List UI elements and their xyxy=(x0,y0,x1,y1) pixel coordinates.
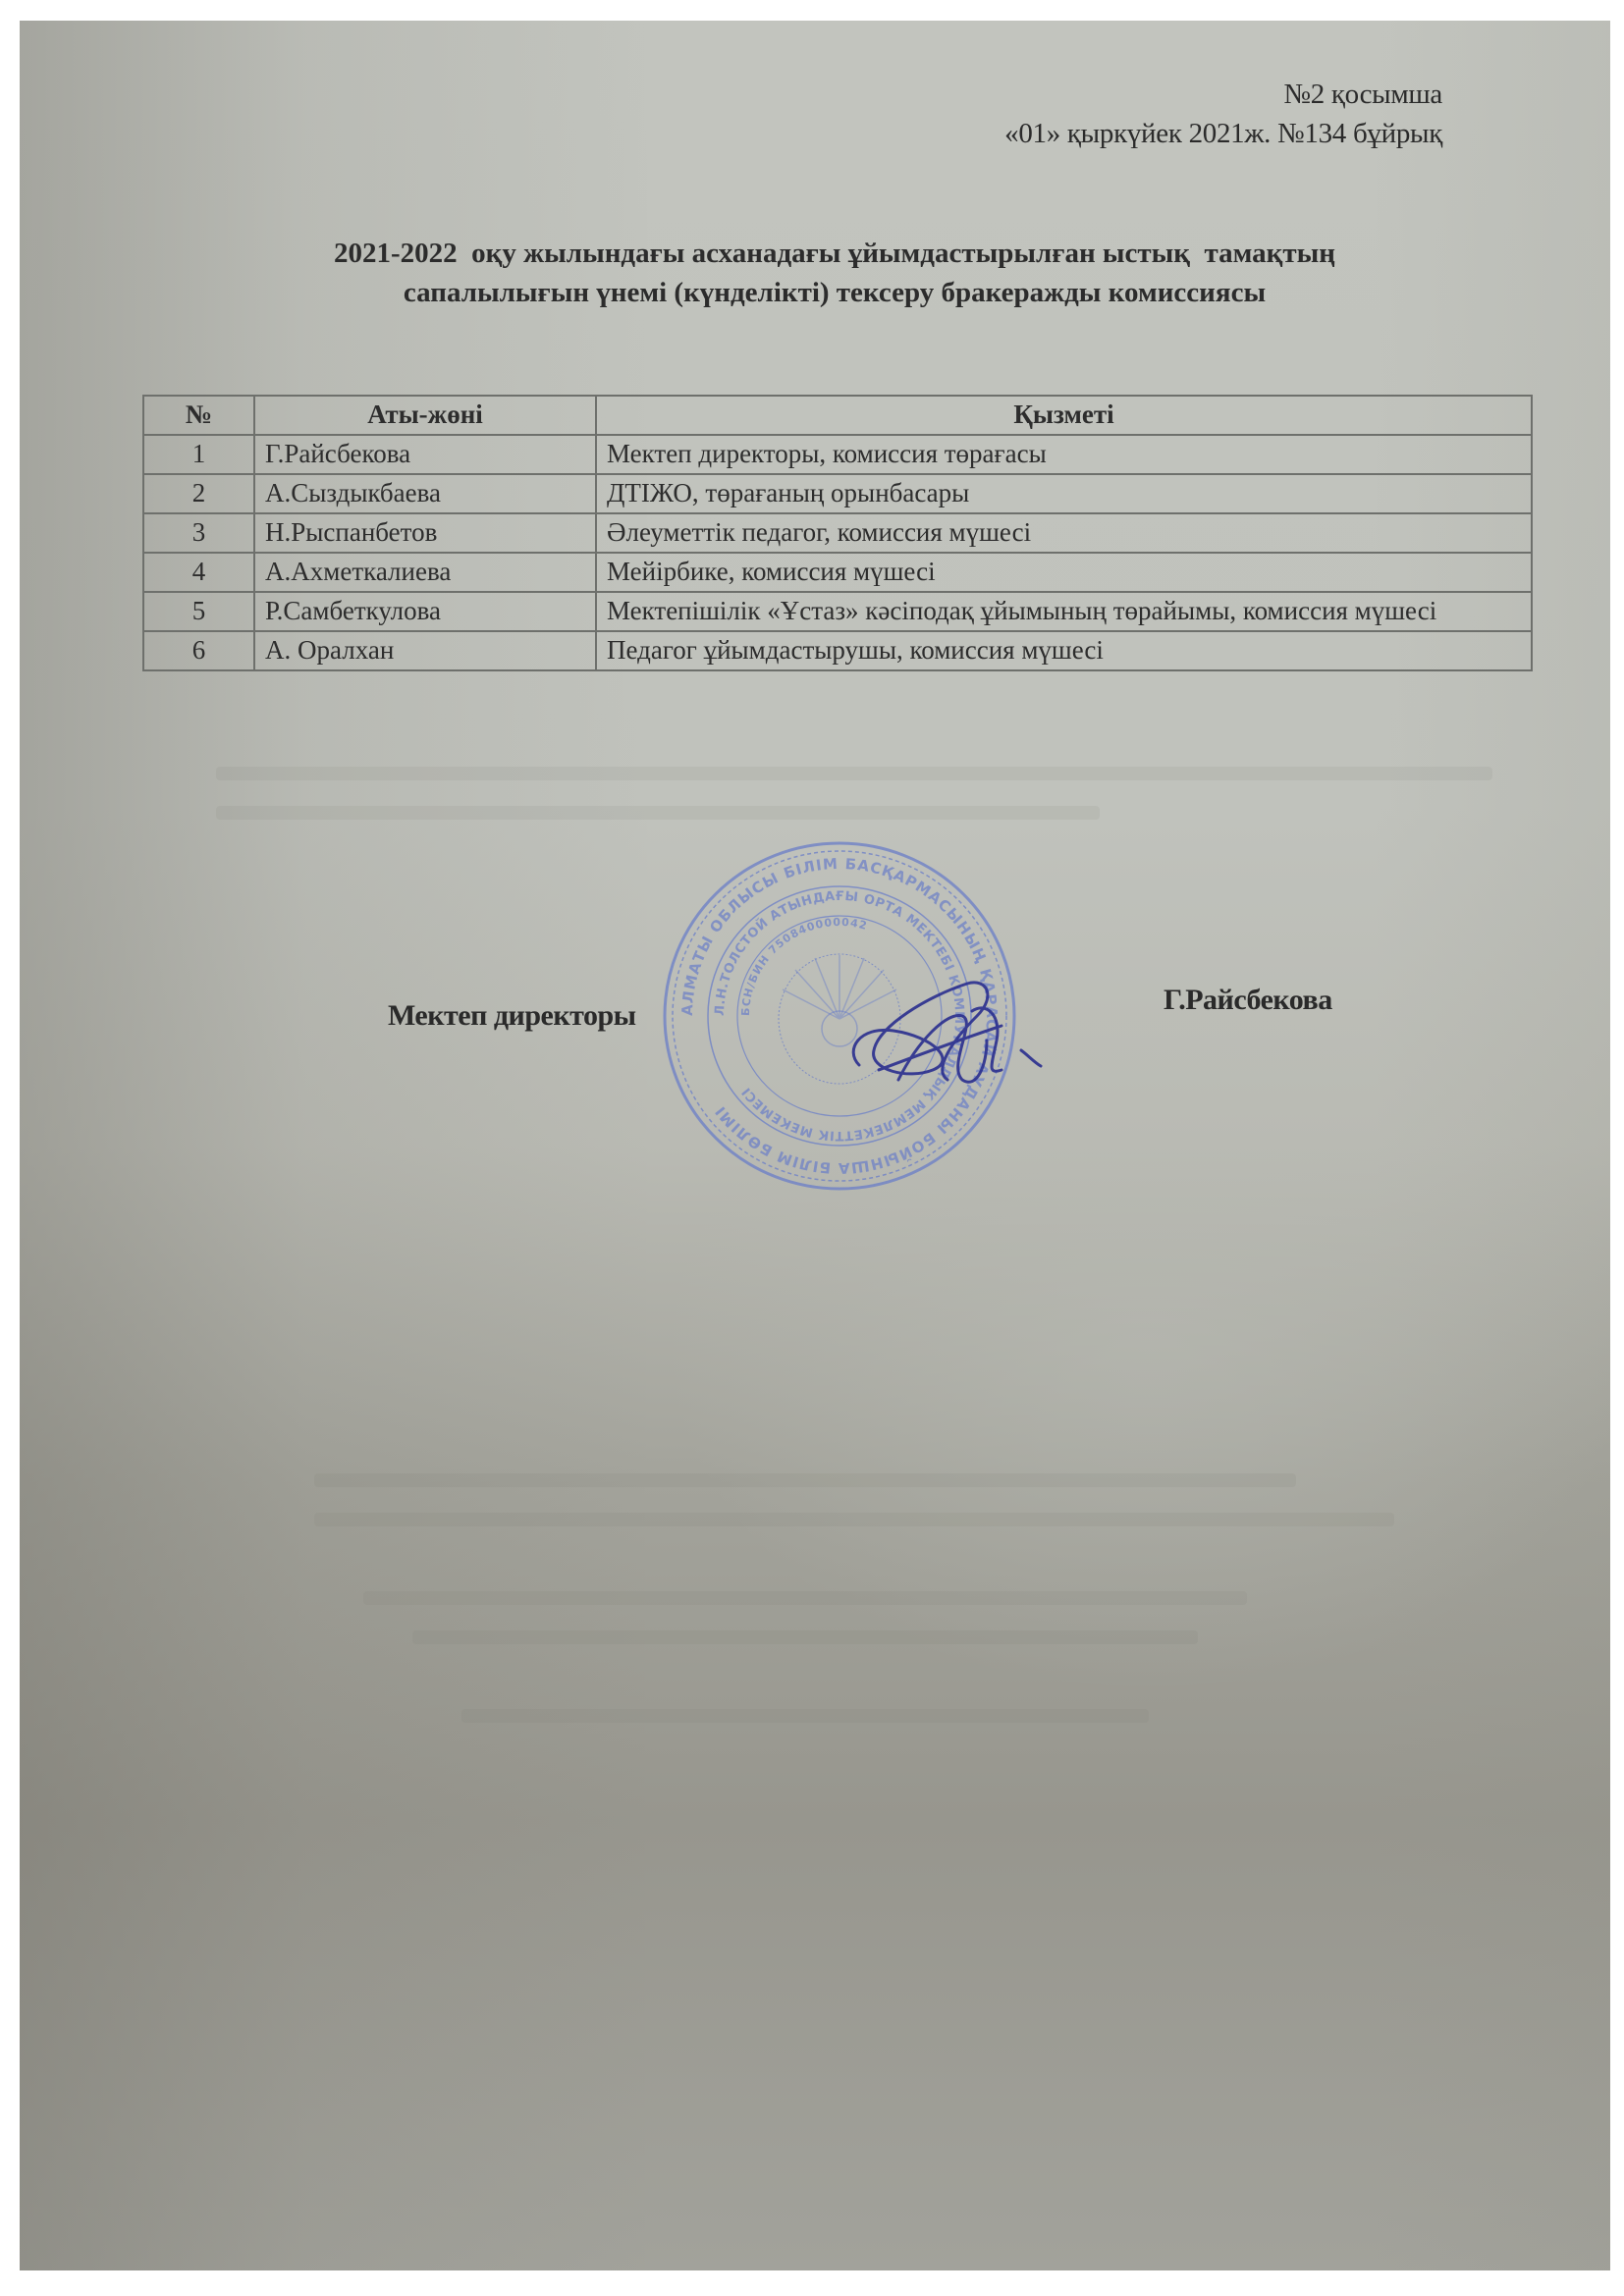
handwritten-signature-icon xyxy=(839,972,1056,1099)
member-position: Мектеп директоры, комиссия төрағасы xyxy=(596,435,1532,474)
row-number: 6 xyxy=(143,631,254,670)
member-name: А.Ахметкалиева xyxy=(254,553,596,592)
member-name: Н.Рыспанбетов xyxy=(254,513,596,553)
signatory-position: Мектеп директоры xyxy=(388,999,636,1033)
document-title-line-2: сапалылығын үнемі (күнделікті) тексеру б… xyxy=(196,273,1473,312)
row-number: 5 xyxy=(143,592,254,631)
table-row: 3 Н.Рыспанбетов Әлеуметтік педагог, коми… xyxy=(143,513,1532,553)
bleed-through-text xyxy=(314,1473,1296,1487)
member-position: Педагог ұйымдастырушы, комиссия мүшесі xyxy=(596,631,1532,670)
member-position: ДТІЖО, төрағаның орынбасары xyxy=(596,474,1532,513)
column-header-number: № xyxy=(143,396,254,435)
member-name: А.Сыздыкбаева xyxy=(254,474,596,513)
column-header-position: Қызметі xyxy=(596,396,1532,435)
row-number: 1 xyxy=(143,435,254,474)
member-name: Г.Райсбекова xyxy=(254,435,596,474)
bleed-through-text xyxy=(216,767,1492,780)
bleed-through-text xyxy=(461,1709,1149,1723)
table-row: 2 А.Сыздыкбаева ДТІЖО, төрағаның орынбас… xyxy=(143,474,1532,513)
member-position: Мектепішілік «Ұстаз» кәсіподақ ұйымының … xyxy=(596,592,1532,631)
table-row: 5 Р.Самбеткулова Мектепішілік «Ұстаз» кә… xyxy=(143,592,1532,631)
row-number: 3 xyxy=(143,513,254,553)
row-number: 2 xyxy=(143,474,254,513)
member-position: Әлеуметтік педагог, комиссия мүшесі xyxy=(596,513,1532,553)
bleed-through-text xyxy=(314,1513,1394,1526)
table-row: 6 А. Оралхан Педагог ұйымдастырушы, коми… xyxy=(143,631,1532,670)
order-reference: «01» қыркүйек 2021ж. №134 бұйрық xyxy=(1004,118,1442,150)
column-header-name: Аты-жөні xyxy=(254,396,596,435)
row-number: 4 xyxy=(143,553,254,592)
bleed-through-text xyxy=(216,806,1100,820)
table-header-row: № Аты-жөні Қызметі xyxy=(143,396,1532,435)
member-name: А. Оралхан xyxy=(254,631,596,670)
signatory-name: Г.Райсбекова xyxy=(1164,984,1332,1017)
bleed-through-text xyxy=(363,1591,1247,1605)
appendix-number: №2 қосымша xyxy=(1283,79,1442,111)
commission-table: № Аты-жөні Қызметі 1 Г.Райсбекова Мектеп… xyxy=(142,395,1533,671)
table-row: 4 А.Ахметкалиева Мейірбике, комиссия мүш… xyxy=(143,553,1532,592)
table-row: 1 Г.Райсбекова Мектеп директоры, комисси… xyxy=(143,435,1532,474)
bleed-through-text xyxy=(412,1630,1198,1644)
document-title-line-1: 2021-2022 оқу жылындағы асханадағы ұйымд… xyxy=(196,234,1473,273)
member-position: Мейірбике, комиссия мүшесі xyxy=(596,553,1532,592)
member-name: Р.Самбеткулова xyxy=(254,592,596,631)
